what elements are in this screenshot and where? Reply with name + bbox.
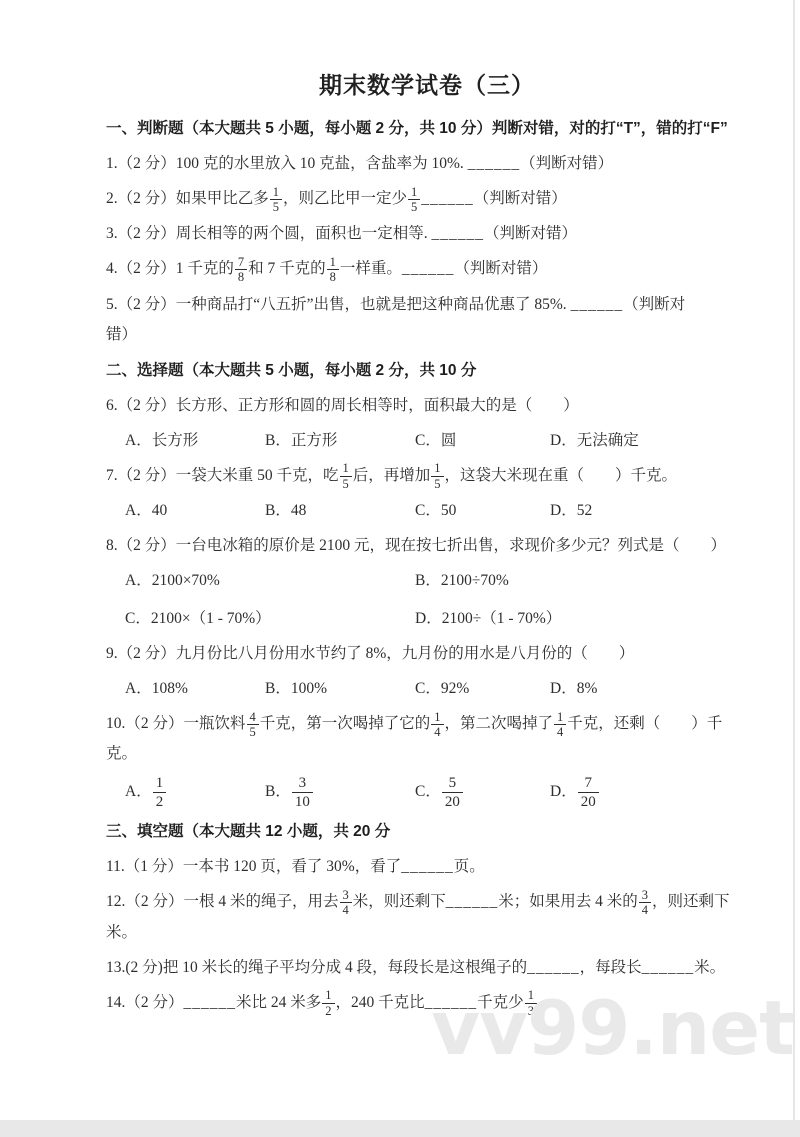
text-segment: 8.（2 分）一台电冰箱的原价是 2100 元，现在按七折出售，求现价多少元？列…: [106, 537, 726, 554]
answer-blank: ______: [401, 858, 454, 875]
fraction: 78: [235, 255, 247, 285]
text-segment: C．50: [415, 502, 456, 519]
options-q8: A．2100×70%B．2100÷70%C．2100×（1 - 70%）D．21…: [106, 566, 748, 633]
text-segment: A．2100×70%: [125, 572, 220, 589]
option: C．2100×（1 - 70%）: [125, 604, 415, 633]
fraction: 15: [270, 185, 282, 215]
text-segment: D．2100÷（1 - 70%）: [415, 610, 561, 627]
fraction: 520: [442, 774, 463, 811]
fraction: 34: [639, 888, 651, 918]
fraction: 310: [292, 774, 313, 811]
option: A．40: [125, 496, 265, 525]
text-segment: 米；如果用去 4 米的: [498, 893, 638, 910]
watermark: vv99.net: [431, 984, 794, 1072]
text-segment: 3.（2 分）周长相等的两个圆，面积也一定相等.: [106, 225, 432, 242]
fraction-denominator: 4: [340, 902, 352, 917]
text-segment: C．圆: [415, 432, 456, 449]
text-segment: D．无法确定: [550, 432, 639, 449]
fraction: 45: [247, 710, 259, 740]
text-segment: 11.（1 分）一本书 120 页，看了 30%，看了: [106, 858, 401, 875]
text-segment: 7.（2 分）一袋大米重 50 千克，吃: [106, 467, 339, 484]
fraction-denominator: 8: [235, 269, 247, 284]
fraction-denominator: 4: [554, 724, 566, 739]
text-segment: 千克，第一次喝掉了它的: [260, 715, 431, 732]
question-q9: 9.（2 分）九月份比八月份用水节约了 8%，九月份的用水是八月份的（ ）: [106, 639, 748, 669]
text-segment: （判断对: [623, 296, 685, 313]
options-q10: A．12B．310C．520D．720: [106, 774, 748, 811]
answer-blank: ______: [571, 296, 624, 313]
fraction-numerator: 4: [247, 710, 259, 724]
option: B．2100÷70%: [415, 566, 748, 595]
fraction-numerator: 3: [639, 888, 651, 902]
option: C．50: [415, 496, 550, 525]
fraction-numerator: 3: [340, 888, 352, 902]
text-segment: D．8%: [550, 680, 597, 697]
text-segment: 错）: [106, 326, 137, 343]
fraction-denominator: 2: [153, 792, 167, 811]
text-segment: B．2100÷70%: [415, 572, 509, 589]
text-segment: A．108%: [125, 680, 188, 697]
text-segment: A．40: [125, 502, 167, 519]
fraction-numerator: 1: [340, 461, 352, 475]
question-q2: 2.（2 分）如果甲比乙多15，则乙比甲一定少15______（判断对错）: [106, 184, 748, 214]
text-segment: 14.（2 分）: [106, 994, 184, 1011]
fraction-numerator: 1: [327, 255, 339, 269]
fraction-denominator: 5: [408, 199, 420, 214]
fraction-denominator: 2: [322, 1003, 334, 1018]
text-segment: C．: [415, 783, 441, 800]
text-segment: C．2100×（1 - 70%）: [125, 610, 271, 627]
document-page: 期末数学试卷（三） 一、判断题（本大题共 5 小题，每小题 2 分，共 10 分…: [0, 0, 800, 1137]
text-segment: A．长方形: [125, 432, 198, 449]
text-segment: （判断对错）: [484, 225, 577, 242]
text-segment: 1.（2 分）100 克的水里放入 10 克盐，含盐率为 10%.: [106, 155, 468, 172]
option: D．52: [550, 496, 748, 525]
fraction: 15: [340, 461, 352, 491]
fraction-denominator: 10: [292, 792, 313, 811]
question-q5: 5.（2 分）一种商品打“八五折”出售，也就是把这种商品优惠了 85%. ___…: [106, 290, 748, 350]
section-heading: 二、选择题（本大题共 5 小题，每小题 2 分，共 10 分: [106, 356, 748, 385]
text-segment: B．: [265, 783, 291, 800]
text-segment: 2.（2 分）如果甲比乙多: [106, 190, 269, 207]
option: C．圆: [415, 426, 550, 455]
fraction: 12: [322, 988, 334, 1018]
text-segment: （判断对错）: [454, 260, 547, 277]
text-segment: ，240 千克比: [336, 994, 425, 1011]
page-right-edge: [793, 0, 795, 1120]
page-bottom-edge: [0, 1120, 800, 1137]
text-segment: 页。: [454, 858, 485, 875]
fraction-numerator: 1: [153, 774, 167, 792]
text-segment: 6.（2 分）长方形、正方形和圆的周长相等时，面积最大的是（ ）: [106, 397, 579, 414]
page-title: 期末数学试卷（三）: [106, 70, 748, 100]
fraction-numerator: 1: [554, 710, 566, 724]
fraction-numerator: 7: [581, 774, 595, 792]
option: A．108%: [125, 674, 265, 703]
text-segment: 米比 24 米多: [236, 994, 321, 1011]
option: C．92%: [415, 674, 550, 703]
fraction: 34: [340, 888, 352, 918]
fraction: 12: [153, 774, 167, 811]
option: D．720: [550, 774, 748, 811]
answer-blank: ______: [642, 959, 695, 976]
options-q9: A．108%B．100%C．92%D．8%: [106, 674, 748, 703]
sections-container: 一、判断题（本大题共 5 小题，每小题 2 分，共 10 分）判断对错，对的打“…: [106, 114, 748, 1018]
fraction-numerator: 1: [408, 185, 420, 199]
answer-blank: ______: [184, 994, 237, 1011]
answer-blank: ______: [402, 260, 455, 277]
fraction-numerator: 5: [446, 774, 460, 792]
option: B．100%: [265, 674, 415, 703]
text-segment: ，这袋大米现在重（ ）千克。: [445, 467, 678, 484]
question-q1: 1.（2 分）100 克的水里放入 10 克盐，含盐率为 10%. ______…: [106, 149, 748, 179]
text-segment: （判断对错）: [520, 155, 613, 172]
text-segment: 12.（2 分）一根 4 米的绳子，用去: [106, 893, 339, 910]
question-q12: 12.（2 分）一根 4 米的绳子，用去34米，则还剩下______米；如果用去…: [106, 887, 748, 947]
fraction-numerator: 1: [270, 185, 282, 199]
fraction: 720: [578, 774, 599, 811]
fraction-denominator: 5: [247, 724, 259, 739]
text-segment: B．正方形: [265, 432, 337, 449]
text-segment: 9.（2 分）九月份比八月份用水节约了 8%，九月份的用水是八月份的（ ）: [106, 645, 634, 662]
question-q10: 10.（2 分）一瓶饮料45千克，第一次喝掉了它的14，第二次喝掉了14千克，还…: [106, 709, 748, 769]
option: D．8%: [550, 674, 748, 703]
text-segment: 一样重。: [340, 260, 402, 277]
option: B．310: [265, 774, 415, 811]
text-segment: 米。: [106, 924, 137, 941]
text-segment: ，每段长: [580, 959, 642, 976]
text-segment: 米。: [694, 959, 725, 976]
fraction: 18: [327, 255, 339, 285]
answer-blank: ______: [468, 155, 521, 172]
text-segment: 和 7 千克的: [248, 260, 326, 277]
option: B．48: [265, 496, 415, 525]
option: A．长方形: [125, 426, 265, 455]
options-q6: A．长方形B．正方形C．圆D．无法确定: [106, 426, 748, 455]
option: C．520: [415, 774, 550, 811]
option: D．2100÷（1 - 70%）: [415, 604, 748, 633]
answer-blank: ______: [446, 893, 499, 910]
question-q8: 8.（2 分）一台电冰箱的原价是 2100 元，现在按七折出售，求现价多少元？列…: [106, 531, 748, 561]
text-segment: 4.（2 分）1 千克的: [106, 260, 234, 277]
text-segment: 10.（2 分）一瓶饮料: [106, 715, 246, 732]
text-segment: D．52: [550, 502, 592, 519]
section-heading: 一、判断题（本大题共 5 小题，每小题 2 分，共 10 分）判断对错，对的打“…: [106, 114, 748, 143]
section-heading: 三、填空题（本大题共 12 小题，共 20 分: [106, 817, 748, 846]
option: D．无法确定: [550, 426, 748, 455]
question-q7: 7.（2 分）一袋大米重 50 千克，吃15后，再增加15，这袋大米现在重（ ）…: [106, 461, 748, 491]
text-segment: 米，则还剩下: [353, 893, 446, 910]
question-q3: 3.（2 分）周长相等的两个圆，面积也一定相等. ______（判断对错）: [106, 219, 748, 249]
question-q13: 13.(2 分)把 10 米长的绳子平均分成 4 段，每段长是这根绳子的____…: [106, 953, 748, 983]
fraction-numerator: 1: [431, 710, 443, 724]
fraction-denominator: 20: [578, 792, 599, 811]
answer-blank: ______: [421, 190, 474, 207]
fraction-numerator: 1: [322, 988, 334, 1002]
fraction-denominator: 4: [639, 902, 651, 917]
fraction-numerator: 7: [235, 255, 247, 269]
text-segment: ，则乙比甲一定少: [283, 190, 407, 207]
fraction-numerator: 3: [296, 774, 310, 792]
question-q6: 6.（2 分）长方形、正方形和圆的周长相等时，面积最大的是（ ）: [106, 391, 748, 421]
fraction-denominator: 5: [431, 476, 443, 491]
fraction-denominator: 5: [270, 199, 282, 214]
question-q11: 11.（1 分）一本书 120 页，看了 30%，看了______页。: [106, 852, 748, 882]
options-q7: A．40B．48C．50D．52: [106, 496, 748, 525]
document-body: 期末数学试卷（三） 一、判断题（本大题共 5 小题，每小题 2 分，共 10 分…: [106, 70, 748, 1023]
answer-blank: ______: [527, 959, 580, 976]
option: B．正方形: [265, 426, 415, 455]
option: A．2100×70%: [125, 566, 415, 595]
text-segment: ，第二次喝掉了: [445, 715, 554, 732]
text-segment: 后，再增加: [353, 467, 431, 484]
text-segment: （判断对错）: [474, 190, 567, 207]
answer-blank: ______: [432, 225, 485, 242]
fraction: 15: [408, 185, 420, 215]
text-segment: C．92%: [415, 680, 469, 697]
text-segment: B．48: [265, 502, 306, 519]
fraction-denominator: 8: [327, 269, 339, 284]
fraction-numerator: 1: [431, 461, 443, 475]
text-segment: ，则还剩下: [652, 893, 730, 910]
fraction-denominator: 20: [442, 792, 463, 811]
fraction: 15: [431, 461, 443, 491]
text-segment: D．: [550, 783, 577, 800]
fraction: 14: [431, 710, 443, 740]
text-segment: 5.（2 分）一种商品打“八五折”出售，也就是把这种商品优惠了 85%.: [106, 296, 571, 313]
fraction-denominator: 4: [431, 724, 443, 739]
text-segment: B．100%: [265, 680, 327, 697]
text-segment: 13.(2 分)把 10 米长的绳子平均分成 4 段，每段长是这根绳子的: [106, 959, 527, 976]
fraction-denominator: 5: [340, 476, 352, 491]
option: A．12: [125, 774, 265, 811]
text-segment: A．: [125, 783, 152, 800]
question-q4: 4.（2 分）1 千克的78和 7 千克的18一样重。______（判断对错）: [106, 254, 748, 284]
fraction: 14: [554, 710, 566, 740]
